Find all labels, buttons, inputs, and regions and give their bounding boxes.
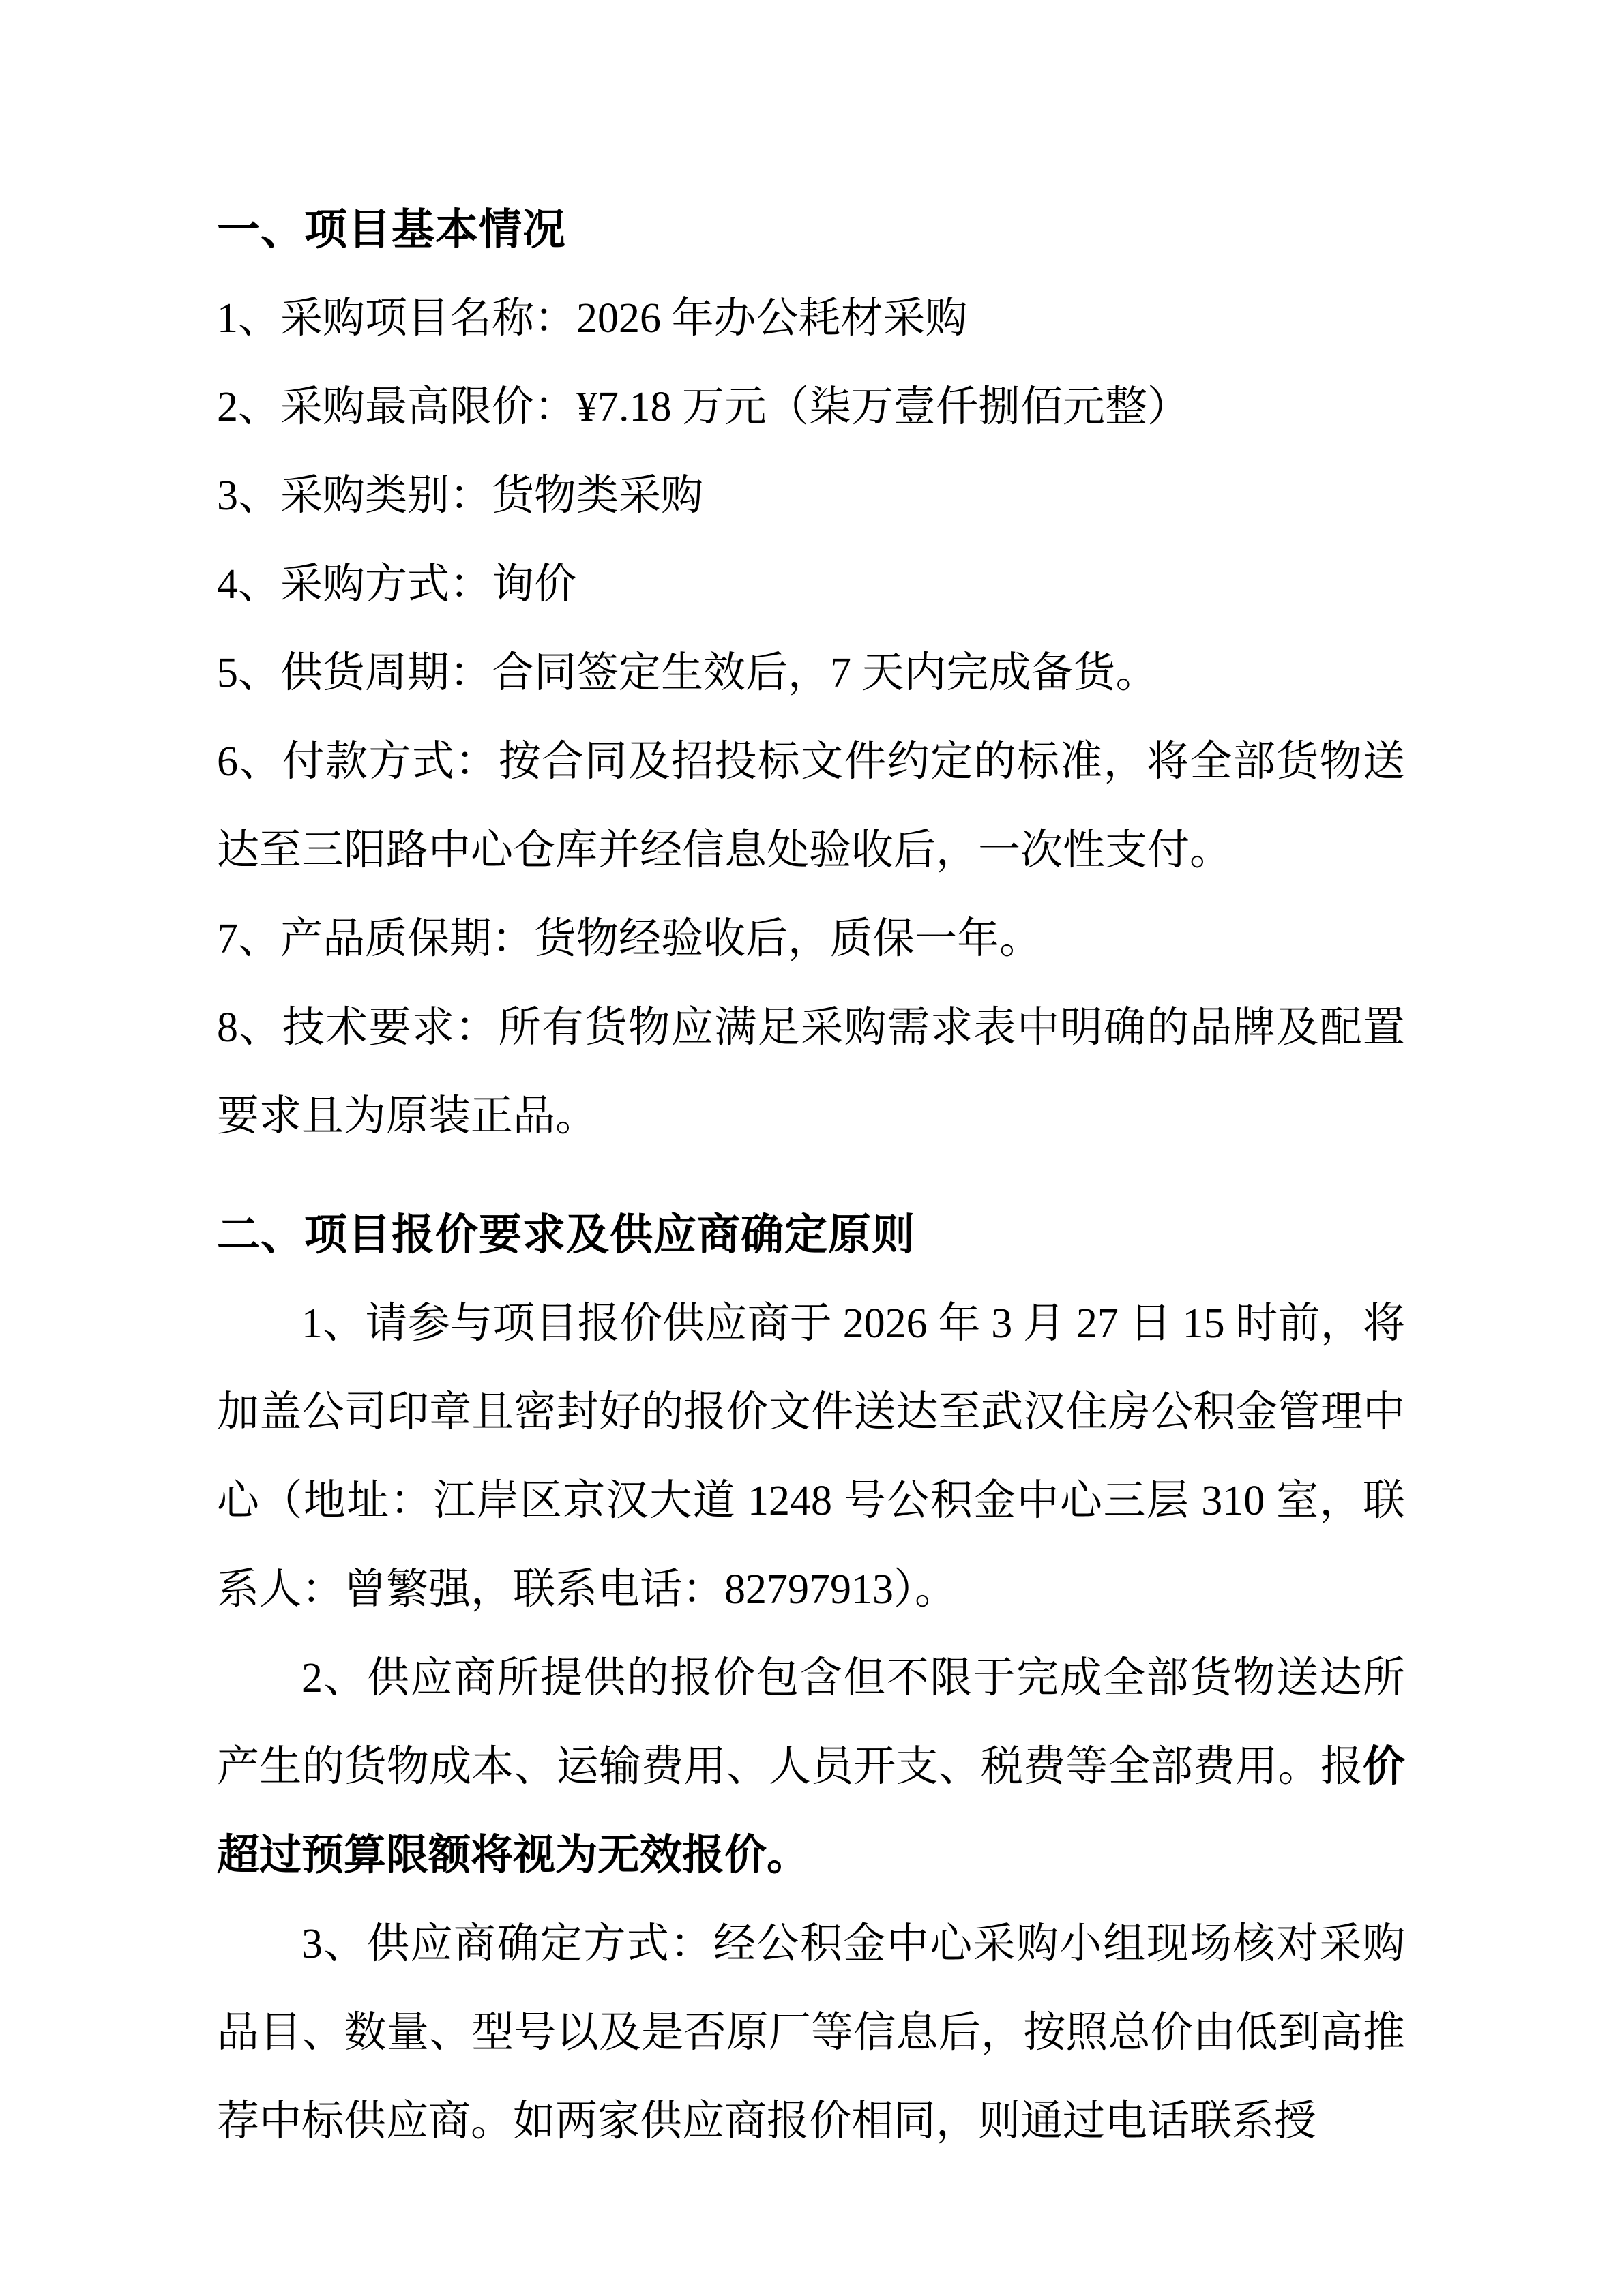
section-1-item-2: 2、采购最高限价：¥7.18 万元（柒万壹仟捌佰元整）: [217, 363, 1405, 451]
section-2-heading: 二、项目报价要求及供应商确定原则: [217, 1191, 1405, 1279]
section-1-item-1: 1、采购项目名称：2026 年办公耗材采购: [217, 274, 1405, 363]
section-1-item-6: 6、付款方式：按合同及招投标文件约定的标准，将全部货物送达至三阳路中心仓库并经信…: [217, 717, 1405, 895]
document-page: 一、项目基本情况 1、采购项目名称：2026 年办公耗材采购 2、采购最高限价：…: [0, 0, 1624, 2296]
section-2-paragraph-3: 3、供应商确定方式：经公积金中心采购小组现场核对采购品目、数量、型号以及是否原厂…: [217, 1900, 1405, 2166]
section-1-heading: 一、项目基本情况: [217, 185, 1405, 274]
section-1-item-8: 8、技术要求：所有货物应满足采购需求表中明确的品牌及配置要求且为原装正品。: [217, 983, 1405, 1161]
paragraph-text: 2、供应商所提供的报价包含但不限于完成全部货物送达所产生的货物成本、运输费用、人…: [217, 1655, 1405, 1790]
document-content: 一、项目基本情况 1、采购项目名称：2026 年办公耗材采购 2、采购最高限价：…: [217, 185, 1405, 2166]
paragraph-text: 3、供应商确定方式：经公积金中心采购小组现场核对采购品目、数量、型号以及是否原厂…: [217, 1921, 1405, 2145]
section-2-paragraph-1: 1、请参与项目报价供应商于 2026 年 3 月 27 日 15 时前，将加盖公…: [217, 1279, 1405, 1634]
section-1-item-4: 4、采购方式：询价: [217, 540, 1405, 629]
paragraph-text: 1、请参与项目报价供应商于 2026 年 3 月 27 日 15 时前，将加盖公…: [217, 1300, 1405, 1613]
section-1-item-3: 3、采购类别：货物类采购: [217, 451, 1405, 540]
section-1-item-5: 5、供货周期：合同签定生效后，7 天内完成备货。: [217, 629, 1405, 717]
section-2-paragraph-2: 2、供应商所提供的报价包含但不限于完成全部货物送达所产生的货物成本、运输费用、人…: [217, 1634, 1405, 1900]
section-1-item-7: 7、产品质保期：货物经验收后，质保一年。: [217, 895, 1405, 983]
